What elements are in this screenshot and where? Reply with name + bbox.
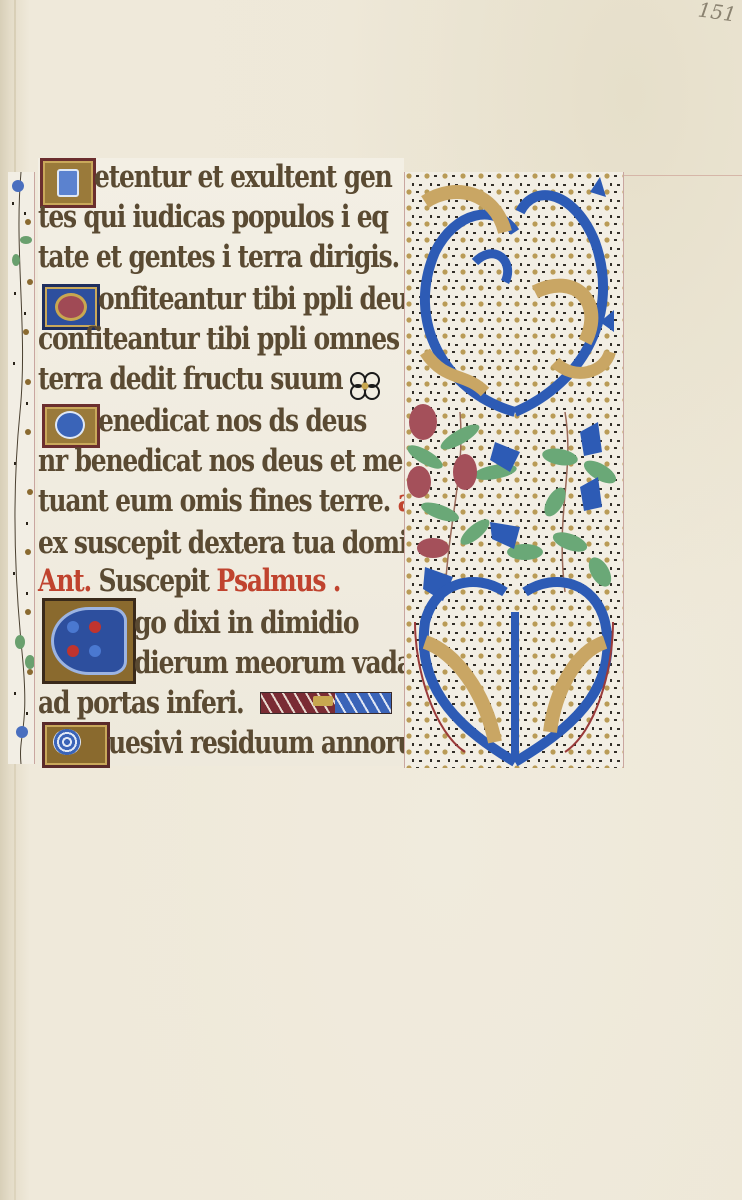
text-block: etentur et exultent gen tes qui iudicas … xyxy=(38,158,404,766)
initial-fill xyxy=(51,607,127,675)
vine-icon xyxy=(8,172,34,764)
initial-E xyxy=(42,598,136,684)
text-line: nr benedicat nos deus et me xyxy=(38,442,402,478)
text-span: tuant eum omis fines terre. xyxy=(38,482,390,518)
quatrefoil-line-filler-icon xyxy=(344,370,386,402)
text-line: etentur et exultent gen xyxy=(94,158,392,194)
text-line: go dixi in dimidio xyxy=(134,604,358,640)
text-line: tuant eum omis fines terre. a. xyxy=(38,482,420,518)
text-line: enedicat nos ds deus xyxy=(98,402,366,438)
text-line: confiteantur tibi ppli omnes xyxy=(38,320,399,356)
text-line: ex suscepit dextera tua domine. xyxy=(38,524,446,560)
text-line: uesivi residuum annorum xyxy=(108,724,439,760)
rubric-line: Ant. Suscepit Psalmus . xyxy=(38,562,340,598)
initial-fill xyxy=(57,169,79,197)
ruling-line xyxy=(620,175,742,176)
text-line: ad portas inferi. xyxy=(38,684,244,720)
folio-number: 151 xyxy=(696,0,737,27)
initial-fill xyxy=(55,411,85,439)
line-filler-gold xyxy=(313,696,333,706)
text-line: tes qui iudicas populos i eq xyxy=(38,198,388,234)
initial-Q xyxy=(42,722,110,768)
text-line: terra dedit fructu suum xyxy=(38,360,342,396)
text-span: Suscepit xyxy=(99,562,209,598)
initial-fill xyxy=(55,293,87,321)
text-line: dierum meorum vadam xyxy=(134,644,437,680)
text-line: tate et gentes i terra dirigis. xyxy=(38,238,399,274)
line-filler-blue xyxy=(335,693,391,713)
initial-fill xyxy=(53,729,81,755)
text-line: onfiteantur tibi ppli deus xyxy=(98,280,420,316)
right-border-decoration xyxy=(404,172,624,768)
manuscript-page: 151 xyxy=(0,0,742,1200)
trefoil-icon xyxy=(67,645,79,657)
rubric-span: Psalmus . xyxy=(216,562,340,598)
trefoil-icon xyxy=(89,645,101,657)
rubric-span: Ant. xyxy=(38,562,91,598)
trefoil-icon xyxy=(67,621,79,633)
acanthus-foliage-icon xyxy=(405,172,623,768)
line-filler-decoration xyxy=(260,692,392,714)
left-border-decoration xyxy=(8,172,35,764)
trefoil-icon xyxy=(89,621,101,633)
